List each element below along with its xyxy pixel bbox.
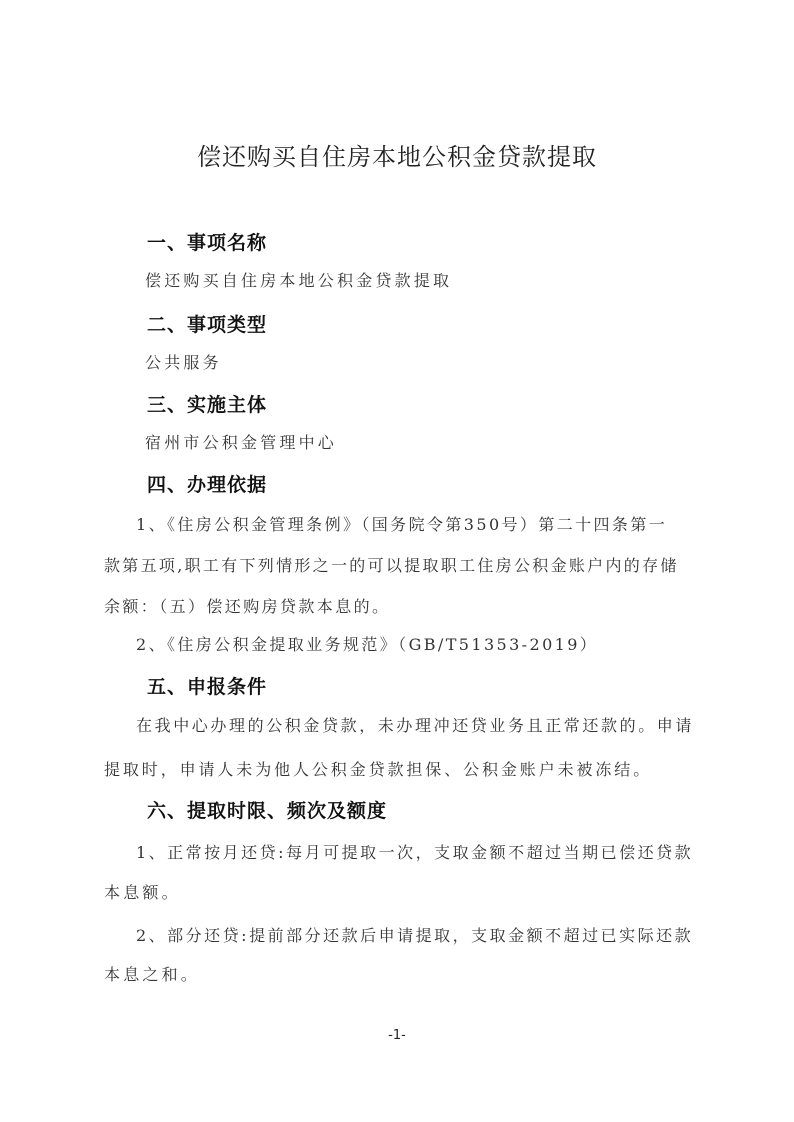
legal-basis-line-3: 余额：（五）偿还购房贷款本息的。	[104, 594, 390, 617]
time-limits-line-2: 本息额。	[104, 880, 181, 903]
time-limits-line-3: 2、部分还贷:提前部分还款后申请提取，支取金额不超过已实际还款	[136, 923, 693, 946]
legal-basis-line-4: 2、《住房公积金提取业务规范》（GB/T51353-2019）	[136, 632, 598, 655]
legal-basis-line-2: 款第五项,职工有下列情形之一的可以提取职工住房公积金账户内的存储	[104, 553, 679, 576]
section-heading-item-name: 一、事项名称	[147, 228, 267, 255]
page-number: -1-	[0, 1028, 794, 1043]
conditions-line-1: 在我中心办理的公积金贷款，未办理冲还贷业务且正常还款的。申请	[136, 713, 694, 736]
legal-basis-line-1: 1、《住房公积金管理条例》（国务院令第350号）第二十四条第一	[136, 512, 667, 535]
section-text-implementing-body: 宿州市公积金管理中心	[145, 430, 337, 453]
section-heading-implementing-body: 三、实施主体	[147, 390, 267, 417]
section-text-item-name: 偿还购买自住房本地公积金贷款提取	[145, 268, 452, 291]
section-text-item-type: 公共服务	[145, 350, 222, 373]
section-heading-legal-basis: 四、办理依据	[147, 470, 267, 497]
section-heading-conditions: 五、申报条件	[147, 672, 267, 699]
section-heading-time-limits: 六、提取时限、频次及额度	[147, 796, 387, 823]
time-limits-line-4: 本息之和。	[104, 962, 200, 985]
conditions-line-2: 提取时，申请人未为他人公积金贷款担保、公积金账户未被冻结。	[104, 757, 652, 780]
document-page: 偿还购买自住房本地公积金贷款提取 一、事项名称 偿还购买自住房本地公积金贷款提取…	[0, 0, 794, 1122]
document-title: 偿还购买自住房本地公积金贷款提取	[0, 137, 794, 172]
section-heading-item-type: 二、事项类型	[147, 310, 267, 337]
time-limits-line-1: 1、正常按月还贷:每月可提取一次，支取金额不超过当期已偿还贷款	[136, 840, 693, 863]
